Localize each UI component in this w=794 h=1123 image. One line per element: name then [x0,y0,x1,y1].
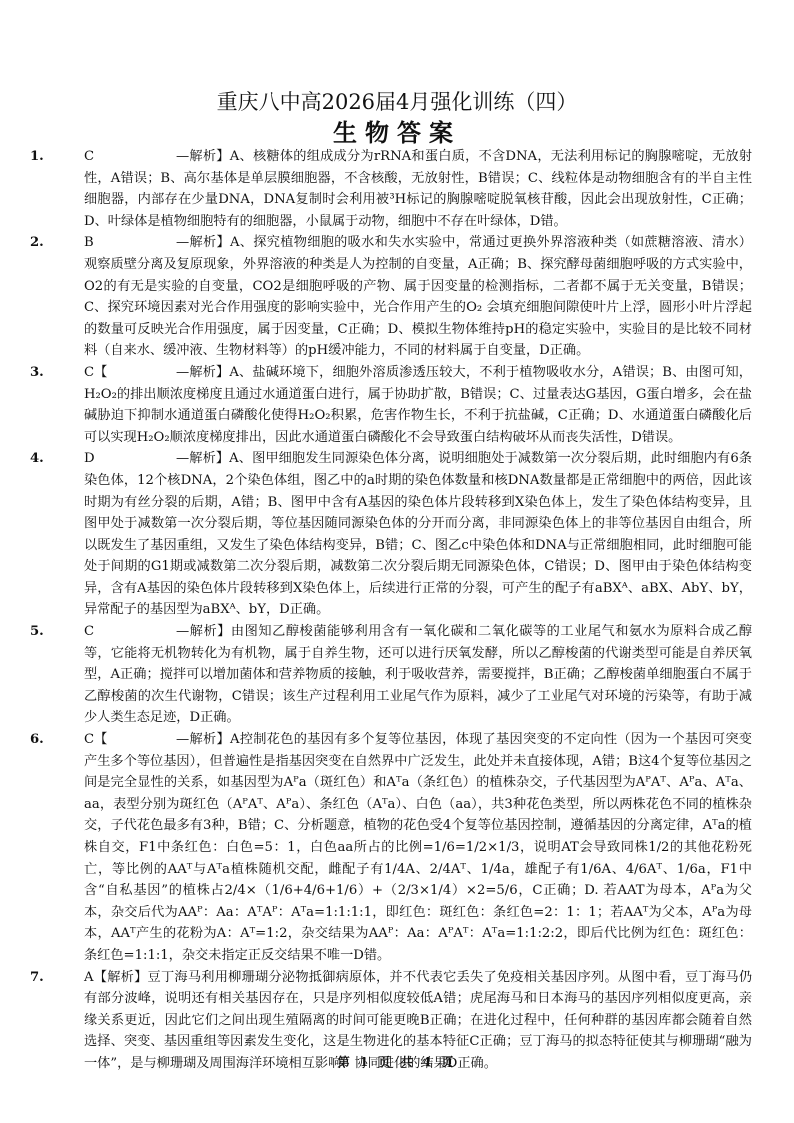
analysis-text: 由图知乙醇梭菌能够利用含有一氧化碳和二氧化碳等的工业尾气和氨水为原料合成乙醇等，… [84,624,752,725]
item-answer: D [84,448,110,470]
analysis-marker: —解析】 [176,451,229,466]
analysis-marker: —解析】 [176,732,230,747]
page-number: 第 1 页 共 4 页 [0,1053,794,1070]
answer-item-2: 2. B—解析】A、探究植物细胞的吸水和失水实验中，常通过更换外界溶液种类（如蔗… [30,232,752,362]
answer-item-3: 3. C【—解析】A、盐碱环境下，细胞外溶质渗透压较大，不利于植物吸收水分，A错… [30,362,752,448]
analysis-marker: 【解析】 [94,970,148,985]
document-subtitle: 生物答案 [0,113,794,148]
answer-item-6: 6. C【—解析】A控制花色的基因有多个复等位基因，体现了基因突变的不定向性（因… [30,729,752,967]
item-answer: C [84,146,110,168]
item-number: 3. [30,362,70,384]
item-answer: C [84,621,110,643]
item-number: 4. [30,448,70,470]
answer-item-4: 4. D—解析】A、图甲细胞发生同源染色体分离，说明细胞处于减数第一次分裂后期，… [30,448,752,621]
answer-item-1: 1. C—解析】A、核糖体的组成成分为rRNA和蛋白质，不含DNA，无法利用标记… [30,146,752,232]
analysis-marker: —解析】 [176,365,229,380]
answer-list: 1. C—解析】A、核糖体的组成成分为rRNA和蛋白质，不含DNA，无法利用标记… [30,146,752,1075]
item-answer: B [84,232,110,254]
item-number: 1. [30,146,70,168]
item-answer: A [84,970,94,985]
analysis-text: A控制花色的基因有多个复等位基因，体现了基因突变的不定向性（因为一个基因可突变产… [84,732,752,963]
analysis-text: A、图甲细胞发生同源染色体分离，说明细胞处于减数第一次分裂后期，此时细胞内有6条… [84,451,752,617]
analysis-text: A、探究植物细胞的吸水和失水实验中，常通过更换外界溶液种类（如蔗糖溶液、清水）观… [84,235,752,358]
analysis-marker: —解析】 [176,624,231,639]
item-answer: C【 [84,729,110,751]
item-answer: C【 [84,362,110,384]
item-number: 7. [30,967,70,989]
item-number: 6. [30,729,70,751]
document-title: 重庆八中高2026届4月强化训练（四） [0,86,794,116]
item-number: 2. [30,232,70,254]
analysis-marker: —解析】 [176,149,230,164]
item-number: 5. [30,621,70,643]
analysis-marker: —解析】 [176,235,230,250]
answer-item-5: 5. C—解析】由图知乙醇梭菌能够利用含有一氧化碳和二氧化碳等的工业尾气和氨水为… [30,621,752,729]
